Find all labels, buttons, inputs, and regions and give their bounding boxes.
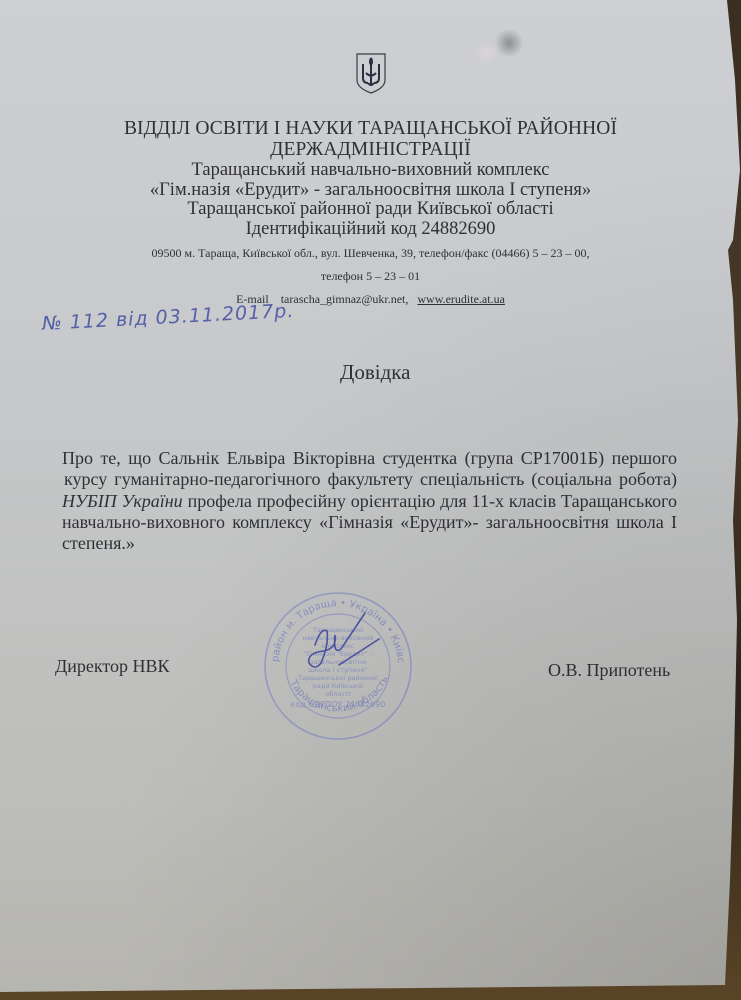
trident-icon: [355, 52, 387, 94]
identification-code: Ідентифікаційний код 24882690: [0, 220, 741, 240]
university-name: НУБІП України: [62, 491, 183, 511]
website-link[interactable]: www.erudite.at.ua: [417, 292, 505, 306]
school-line-1: Таращанський навчально-виховний комплекс: [0, 161, 741, 181]
body-line: степеня.»: [62, 533, 677, 554]
body-line: Про те, що Сальнік Ельвіра Вікторівна ст…: [62, 448, 677, 469]
signatory-name: О.В. Припотень: [548, 660, 670, 681]
smudge-mark: [495, 28, 523, 58]
body-line: навчально-виховного комплексу «Гімназія …: [62, 512, 677, 533]
department-heading: ВІДДІЛ ОСВІТИ І НАУКИ ТАРАЩАНСЬКОЇ РАЙОН…: [0, 118, 741, 160]
document-page: ВІДДІЛ ОСВІТИ І НАУКИ ТАРАЩАНСЬКОЇ РАЙОН…: [0, 0, 741, 1000]
address-line: 09500 м. Тараща, Київської обл., вул. Ше…: [0, 246, 741, 261]
document-title: Довідка: [340, 360, 410, 385]
glare-mark: [475, 40, 497, 66]
phone-line: телефон 5 – 23 – 01: [0, 269, 741, 284]
contact-line: E-mail tarascha_gimnaz@ukr.net, www.erud…: [0, 292, 741, 307]
school-line-3: Таращанської районної ради Київської обл…: [0, 200, 741, 220]
department-line-2: ДЕРЖАДМІНІСТРАЦІЇ: [0, 139, 741, 160]
svg-text:код ЄДРПОУ 24882690: код ЄДРПОУ 24882690: [291, 700, 386, 709]
email-link[interactable]: tarascha_gimnaz@ukr.net,: [281, 292, 409, 306]
document-body: Про те, що Сальнік Ельвіра Вікторівна ст…: [62, 448, 677, 554]
department-line-1: ВІДДІЛ ОСВІТИ І НАУКИ ТАРАЩАНСЬКОЇ РАЙОН…: [0, 118, 741, 139]
body-line: НУБІП України профела професійну орієнта…: [62, 491, 677, 512]
handwritten-signature: [295, 605, 385, 685]
school-line-2: «Гім.назія «Ерудит» - загальноосвітня шк…: [0, 181, 741, 201]
svg-text:області: області: [325, 690, 350, 698]
school-heading: Таращанський навчально-виховний комплекс…: [0, 161, 741, 239]
body-line: курсу гуманітарно-педагогічного факульте…: [62, 469, 677, 490]
signatory-position: Директор НВК: [55, 656, 170, 677]
body-line-text: профела професійну орієнтацію для 11-х к…: [188, 491, 677, 511]
